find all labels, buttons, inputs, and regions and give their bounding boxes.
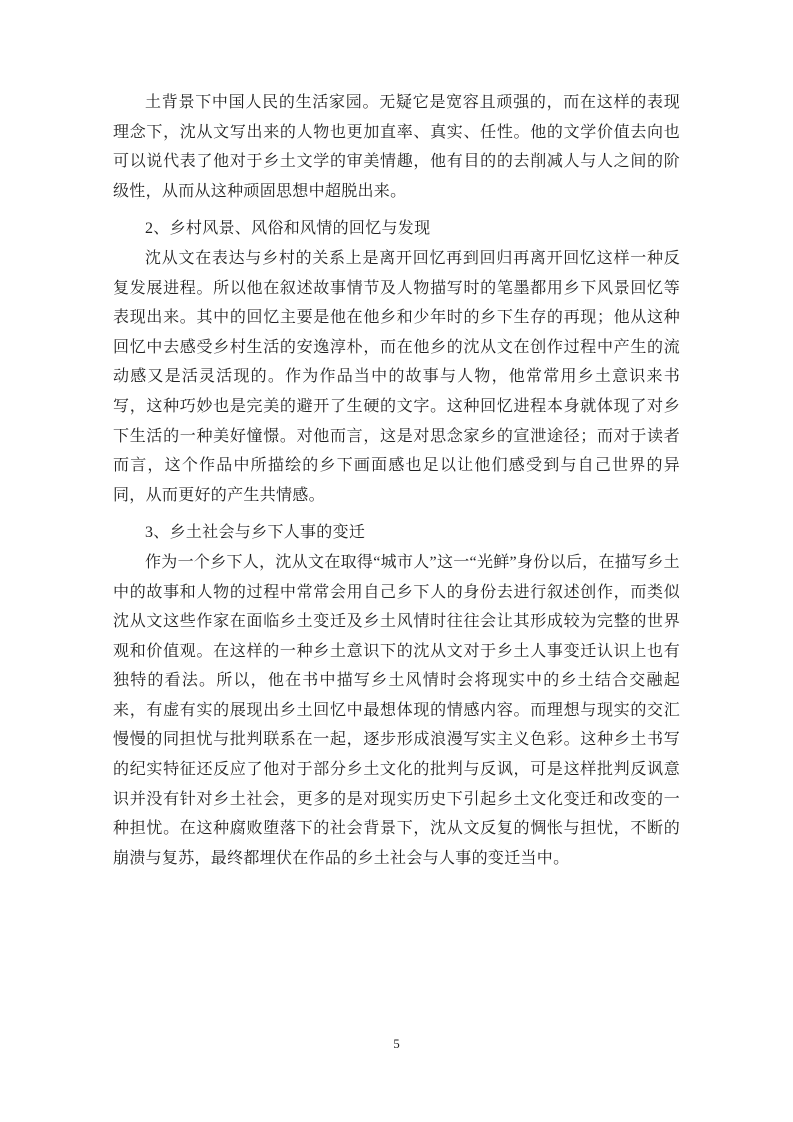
page-content: 土背景下中国人民的生活家园。无疑它是宽容且顽强的，而在这样的表现理念下，沈从文写… xyxy=(113,88,680,873)
body-paragraph-continued: 土背景下中国人民的生活家园。无疑它是宽容且顽强的，而在这样的表现理念下，沈从文写… xyxy=(113,88,680,206)
section-heading-2: 2、乡村风景、风俗和风情的回忆与发现 xyxy=(113,214,680,244)
section-heading-3: 3、乡土社会与乡下人事的变迁 xyxy=(113,518,680,548)
body-paragraph-section-2: 沈从文在表达与乡村的关系上是离开回忆再到回归再离开回忆这样一种反复发展进程。所以… xyxy=(113,244,680,510)
page-number: 5 xyxy=(393,1036,400,1051)
document-page: 土背景下中国人民的生活家园。无疑它是宽容且顽强的，而在这样的表现理念下，沈从文写… xyxy=(0,0,793,1122)
body-paragraph-section-3: 作为一个乡下人，沈从文在取得“城市人”这一“光鲜”身份以后，在描写乡土中的故事和… xyxy=(113,548,680,874)
page-footer: 5 xyxy=(0,1034,793,1054)
